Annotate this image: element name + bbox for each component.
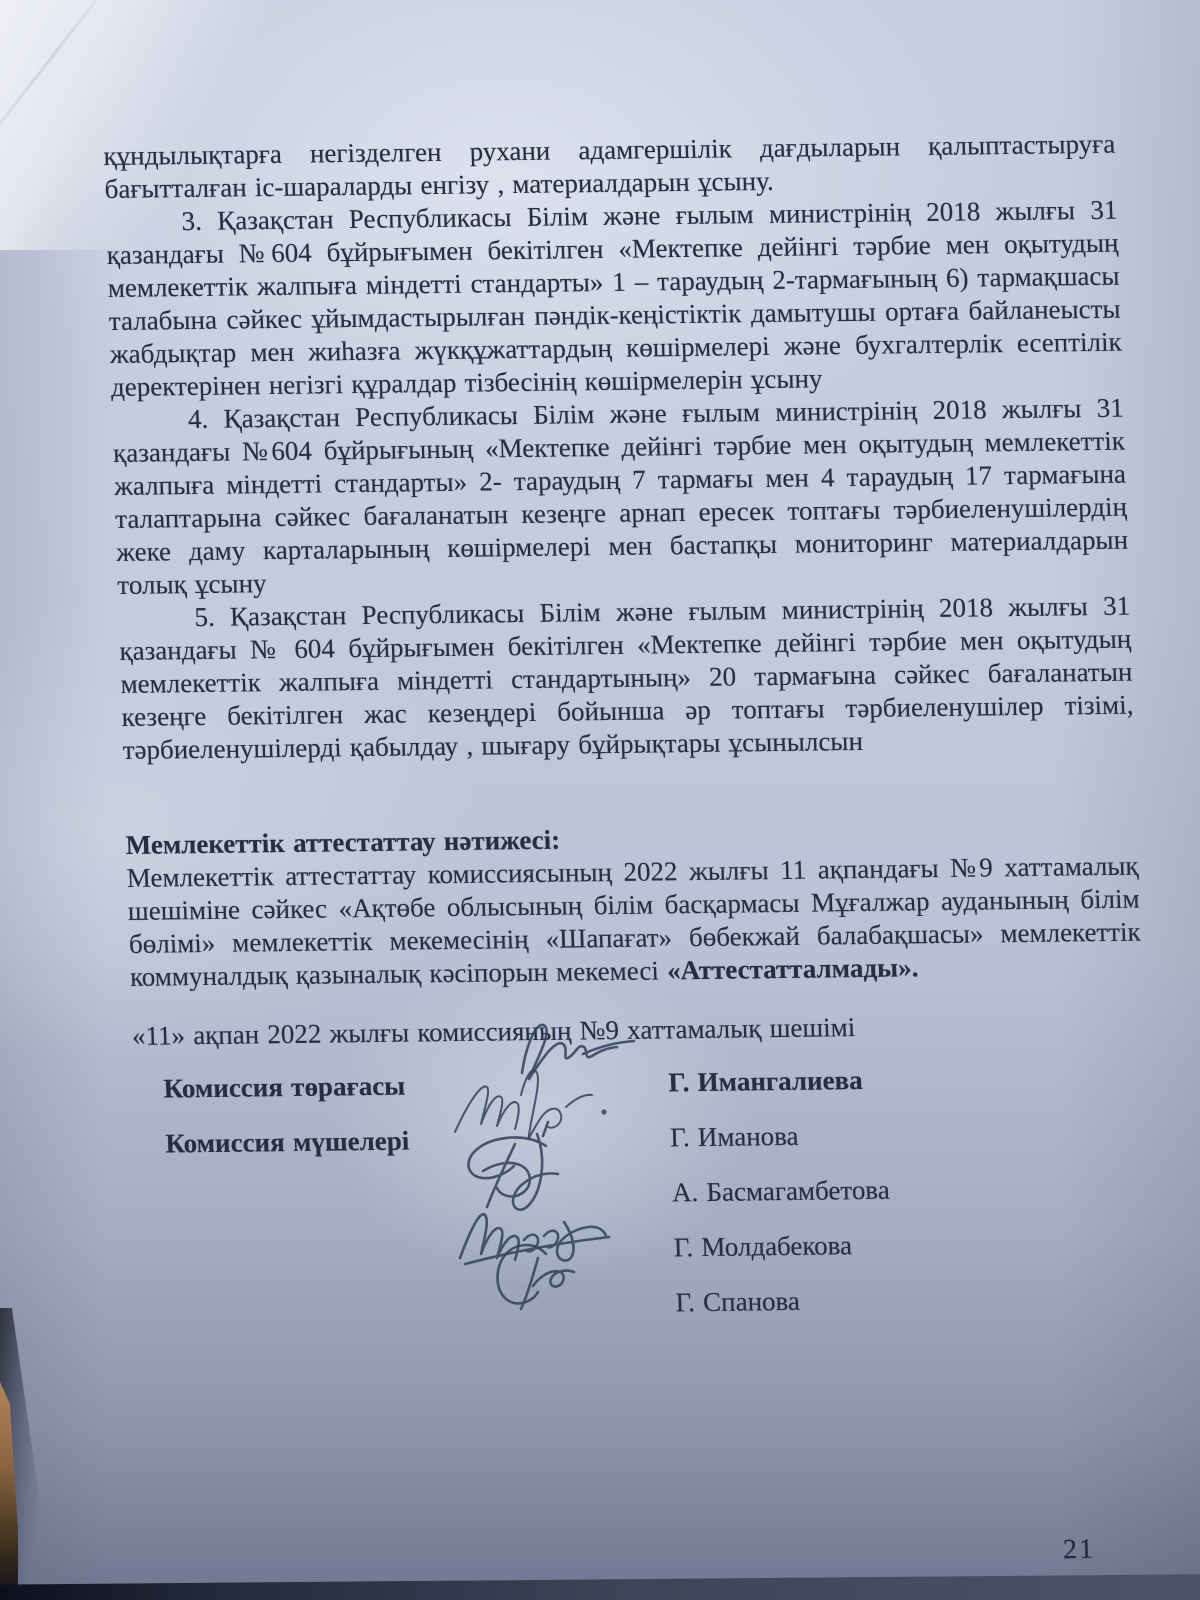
paper-crease-line	[0, 0, 120, 208]
result-paragraph: Мемлекеттік аттестаттау комиссиясының 20…	[126, 850, 1142, 994]
chair-name: Г. Имангалиева	[668, 1064, 863, 1099]
intro-paragraph: құндылықтарға негізделген рухани адамгер…	[103, 128, 1117, 206]
photographed-document: құндылықтарға негізделген рухани адамгер…	[0, 0, 1200, 1600]
directive-item-5: 5. Қазақстан Республикасы Білім және ғыл…	[118, 590, 1135, 767]
result-text: Мемлекеттік аттестаттау комиссиясының 20…	[126, 851, 1141, 992]
signature-member-2	[469, 1122, 559, 1210]
page-number: 21	[1063, 1534, 1096, 1567]
member-name: Г. Спанова	[675, 1285, 800, 1320]
signature-member-1	[455, 1070, 592, 1138]
signature-chair	[522, 1025, 634, 1079]
table-edge-bottom	[0, 1572, 1200, 1600]
member-name: Г. Молдабекова	[673, 1229, 852, 1264]
verdict-text: «Аттестатталмады».	[667, 952, 919, 985]
directive-item-3: 3. Қазақстан Республикасы Білім және ғыл…	[105, 194, 1123, 404]
signatures-overlay	[425, 995, 685, 1325]
signature-member-3	[460, 1214, 609, 1264]
pen-dot	[601, 1109, 606, 1114]
member-name: Г. Иманова	[670, 1120, 799, 1155]
directive-item-4: 4. Қазақстан Республикасы Білім және ғыл…	[112, 392, 1130, 602]
member-name: А. Басмагамбетова	[672, 1174, 891, 1210]
